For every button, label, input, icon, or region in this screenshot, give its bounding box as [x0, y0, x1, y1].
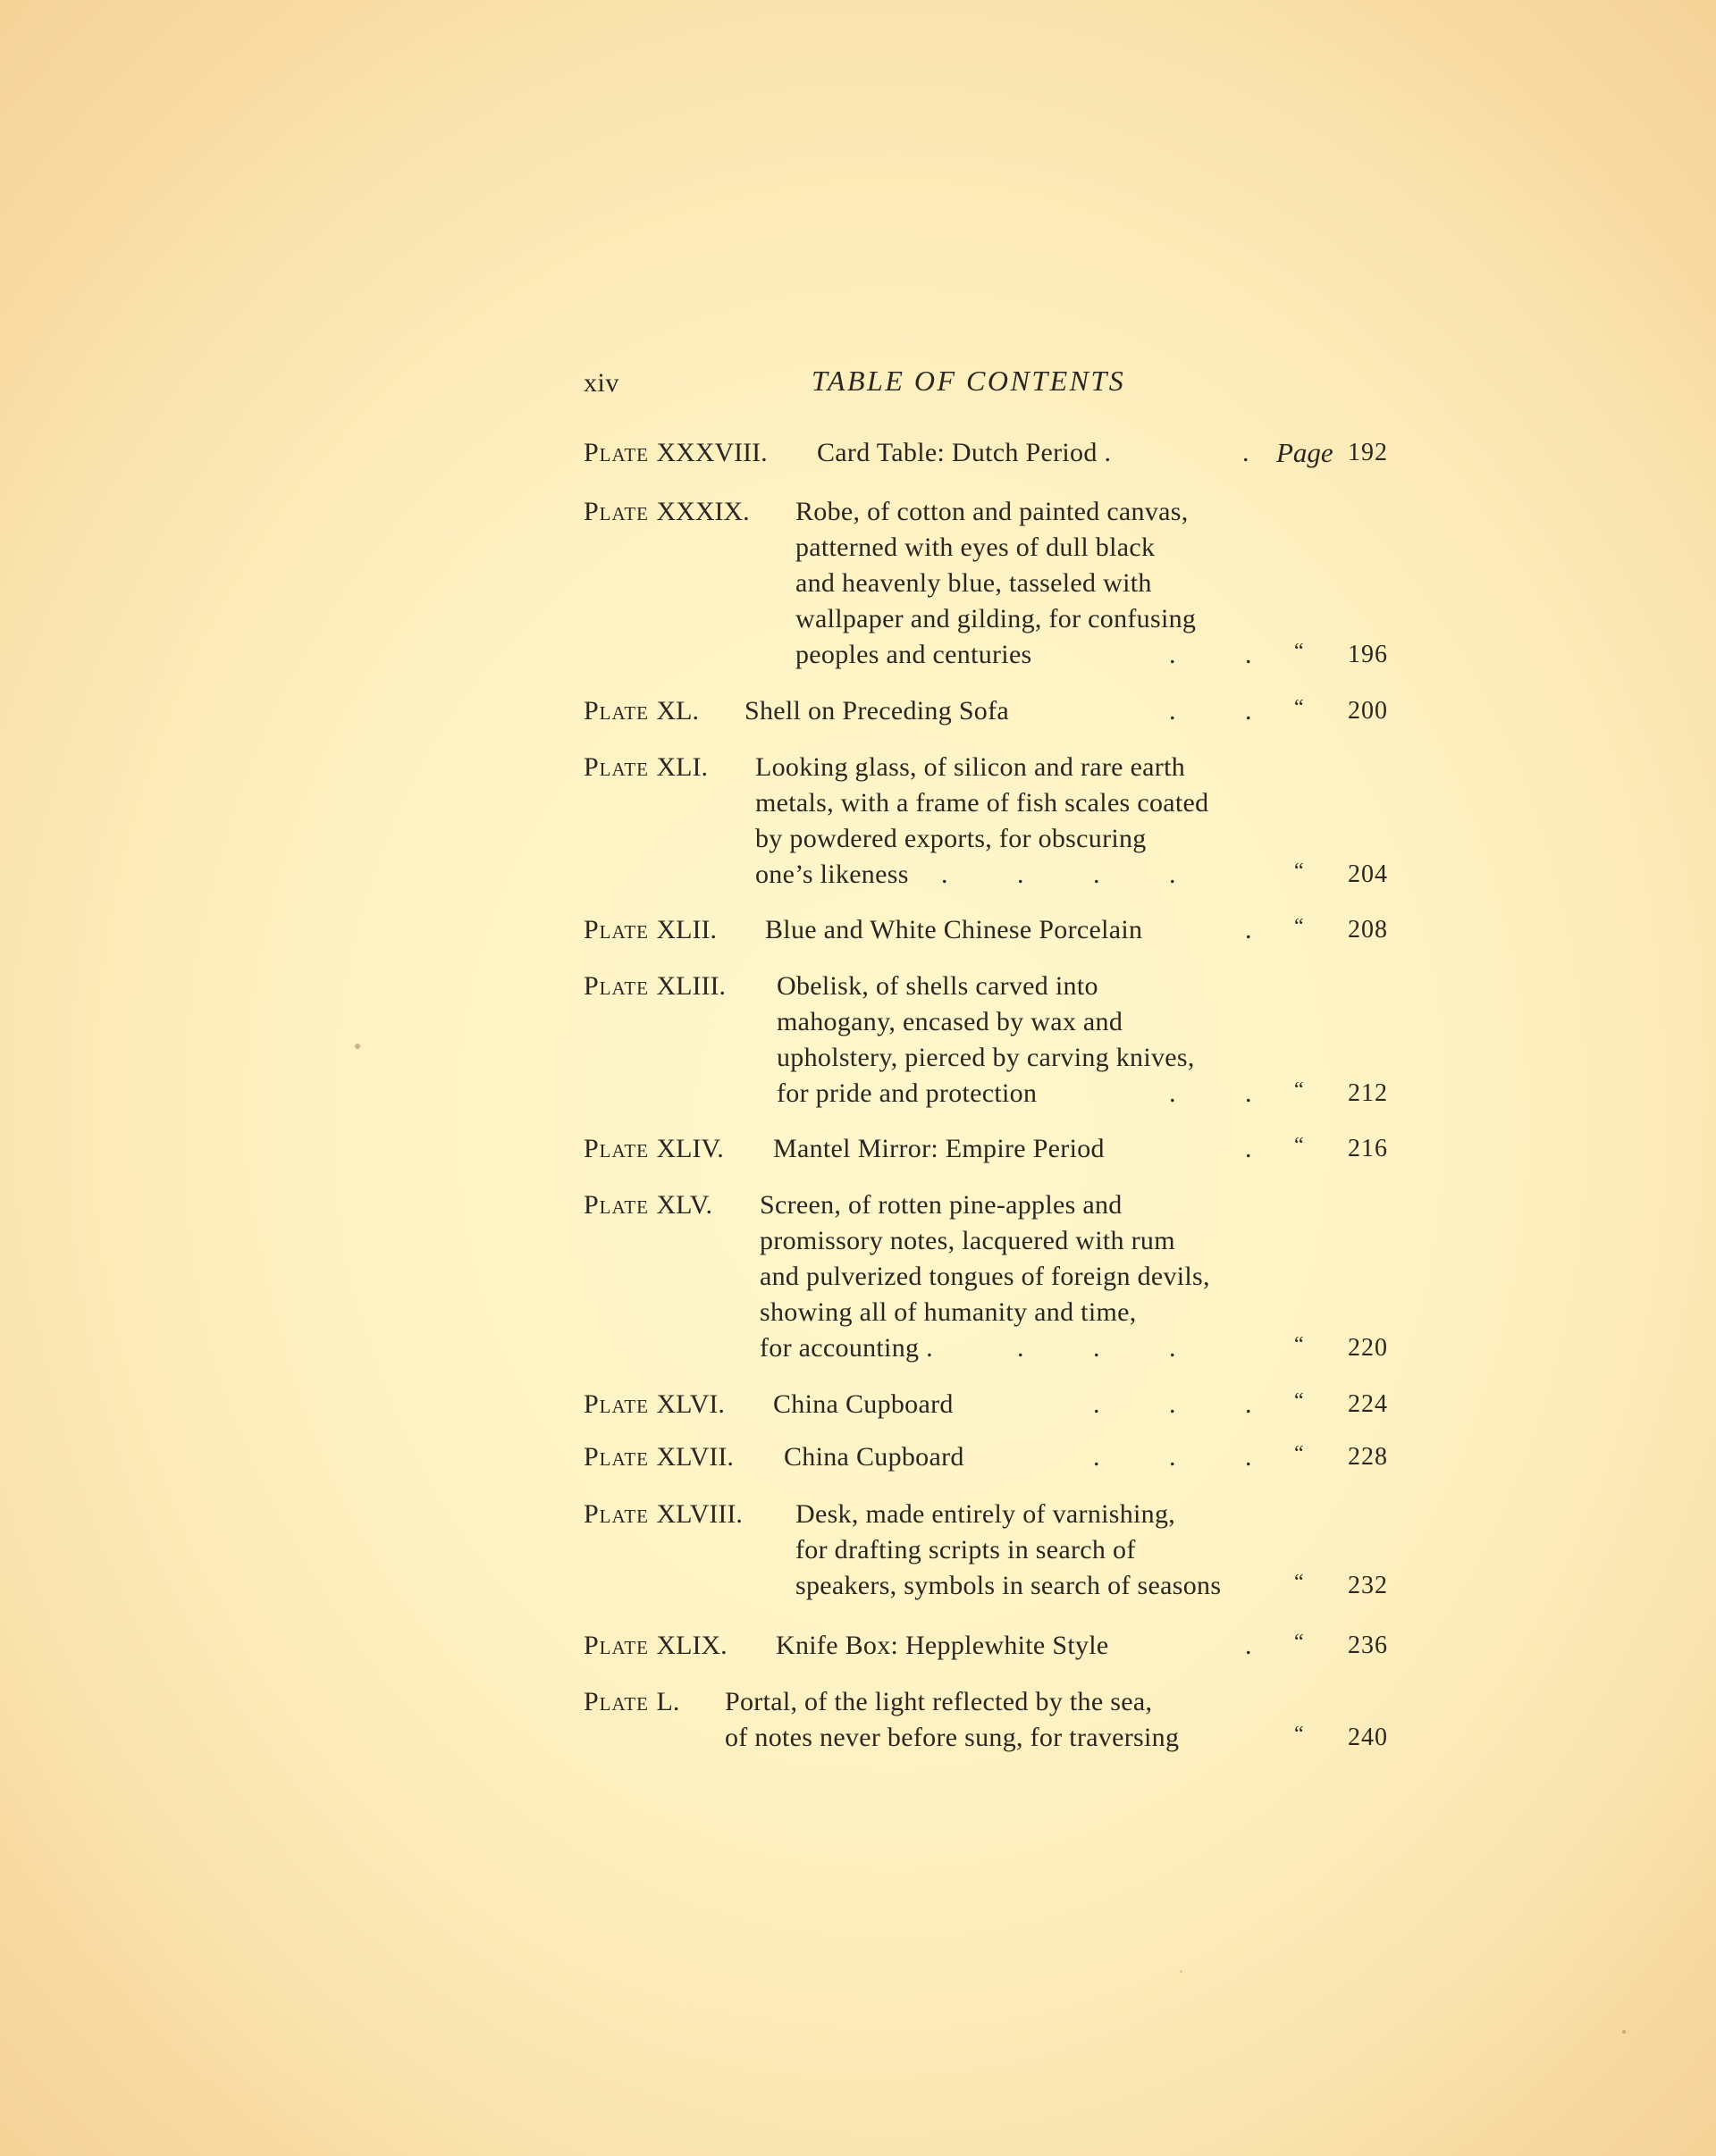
- leader-dot: .: [1245, 1439, 1252, 1475]
- description-line: promissory notes, lacquered with rum: [760, 1223, 1210, 1259]
- plate-word: Plate: [584, 1442, 649, 1472]
- leader-dot: .: [1093, 857, 1100, 893]
- description-line: of notes never before sung, for traversi…: [725, 1720, 1179, 1756]
- book-page: xiv TABLE OF CONTENTS Plate XXXVIII. Car…: [0, 0, 1716, 2156]
- paper-speck: [1622, 2030, 1626, 2034]
- plate-label: Plate XLI.: [584, 750, 708, 785]
- leader-dot: .: [1245, 637, 1252, 673]
- plate-label: Plate XLIII.: [584, 969, 726, 1004]
- leader-dot: .: [1245, 693, 1252, 729]
- leader-dot: .: [1017, 857, 1024, 893]
- leader-dots: .: [1242, 435, 1249, 471]
- plate-label: Plate XLII.: [584, 912, 717, 948]
- page-number: 204: [1348, 857, 1388, 893]
- plate-word: Plate: [584, 1687, 649, 1716]
- page-number: 192: [1348, 435, 1388, 471]
- ditto-mark: “: [1294, 1072, 1304, 1108]
- description-line: wallpaper and gilding, for confusing: [795, 601, 1196, 637]
- entry-description: Looking glass, of silicon and rare earth…: [755, 750, 1208, 893]
- plate-label: Plate XXXVIII.: [584, 435, 768, 471]
- ditto-mark: “: [1294, 853, 1304, 889]
- page-number: 208: [1348, 912, 1388, 948]
- plate-numeral: XLV.: [657, 1190, 713, 1220]
- leader-dot: .: [1169, 1439, 1176, 1475]
- entry-description: China Cupboard: [784, 1439, 964, 1475]
- plate-label: Plate XLIX.: [584, 1628, 728, 1664]
- entry-description: Mantel Mirror: Empire Period: [773, 1131, 1105, 1167]
- description-line: and heavenly blue, tasseled with: [795, 566, 1196, 601]
- paper-speck: [1180, 1970, 1182, 1973]
- plate-label: Plate XLVII.: [584, 1439, 734, 1475]
- leader-dot: .: [1169, 637, 1176, 673]
- plate-label: Plate XLVI.: [584, 1387, 725, 1422]
- running-title: TABLE OF CONTENTS: [812, 365, 1125, 398]
- entry-description: Shell on Preceding Sofa: [744, 693, 1009, 729]
- description-line: one’s likeness: [755, 857, 1208, 893]
- plate-word: Plate: [584, 1134, 649, 1163]
- description-line: China Cupboard: [773, 1387, 954, 1422]
- entry-description: Robe, of cotton and painted canvas, patt…: [795, 494, 1196, 673]
- description-line: Mantel Mirror: Empire Period: [773, 1131, 1105, 1167]
- description-line: Looking glass, of silicon and rare earth: [755, 750, 1208, 785]
- page-number: 224: [1348, 1387, 1388, 1422]
- page-number: 216: [1348, 1131, 1388, 1167]
- page-number: 232: [1348, 1568, 1388, 1604]
- description-line: mahogany, encased by wax and: [777, 1004, 1195, 1040]
- leader-dot: .: [1169, 857, 1176, 893]
- entry-description: Knife Box: Hepplewhite Style: [776, 1628, 1109, 1664]
- plate-word: Plate: [584, 438, 649, 467]
- description-line: for accounting .: [760, 1330, 1210, 1366]
- description-line: upholstery, pierced by carving knives,: [777, 1040, 1195, 1076]
- description-line: patterned with eyes of dull black: [795, 530, 1196, 566]
- entry-description: Blue and White Chinese Porcelain: [765, 912, 1142, 948]
- description-line: Shell on Preceding Sofa: [744, 693, 1009, 729]
- ditto-mark: “: [1294, 1383, 1304, 1419]
- running-header: xiv TABLE OF CONTENTS: [584, 365, 1388, 409]
- description-line: Card Table: Dutch Period .: [817, 435, 1111, 471]
- entry-description: Desk, made entirely of varnishing, for d…: [795, 1497, 1221, 1604]
- page-folio: xiv: [584, 368, 619, 398]
- ditto-mark: “: [1294, 690, 1304, 726]
- page-number: 200: [1348, 693, 1388, 729]
- plate-numeral: XLIX.: [657, 1631, 728, 1660]
- description-line: for drafting scripts in search of: [795, 1532, 1221, 1568]
- plate-numeral: XLI.: [657, 752, 708, 782]
- leader-dot: .: [1017, 1330, 1024, 1366]
- plate-word: Plate: [584, 1499, 649, 1529]
- plate-numeral: XLIII.: [657, 971, 726, 1001]
- ditto-mark: “: [1294, 633, 1304, 669]
- paper-speck: [355, 1044, 360, 1049]
- page-number: 236: [1348, 1628, 1388, 1664]
- page-number: 240: [1348, 1720, 1388, 1756]
- plate-numeral: XLVI.: [657, 1389, 725, 1419]
- leader-dot: .: [1093, 1387, 1100, 1422]
- description-line: Blue and White Chinese Porcelain: [765, 912, 1142, 948]
- leader-dot: .: [1169, 1330, 1176, 1366]
- page-prefix: Page: [1276, 435, 1333, 471]
- description-line: by powdered exports, for obscuring: [755, 821, 1208, 857]
- entry-description: Card Table: Dutch Period .: [817, 435, 1111, 471]
- ditto-mark: “: [1294, 1128, 1304, 1163]
- description-line: peoples and centuries: [795, 637, 1196, 673]
- plate-label: Plate XLIV.: [584, 1131, 724, 1167]
- page-number: 196: [1348, 637, 1388, 673]
- plate-word: Plate: [584, 915, 649, 944]
- leader-dot: .: [1169, 693, 1176, 729]
- leader-dot: .: [1245, 1387, 1252, 1422]
- plate-word: Plate: [584, 1389, 649, 1419]
- ditto-mark: “: [1294, 1327, 1304, 1363]
- plate-word: Plate: [584, 1631, 649, 1660]
- plate-word: Plate: [584, 971, 649, 1001]
- page-number: 212: [1348, 1076, 1388, 1112]
- entry-description: Portal, of the light reflected by the se…: [725, 1684, 1179, 1756]
- leader-dot: .: [1245, 1076, 1252, 1112]
- plate-numeral: L.: [657, 1687, 680, 1716]
- plate-word: Plate: [584, 497, 649, 526]
- leader-dot: .: [1093, 1330, 1100, 1366]
- description-line: Obelisk, of shells carved into: [777, 969, 1195, 1004]
- ditto-mark: “: [1294, 1716, 1304, 1752]
- plate-label: Plate XLVIII.: [584, 1497, 743, 1532]
- plate-numeral: XLII.: [657, 915, 717, 944]
- page-number: 228: [1348, 1439, 1388, 1475]
- description-line: for pride and protection: [777, 1076, 1195, 1112]
- page-number: 220: [1348, 1330, 1388, 1366]
- ditto-mark: “: [1294, 1436, 1304, 1472]
- description-line: Portal, of the light reflected by the se…: [725, 1684, 1179, 1720]
- leader-dots: .: [1245, 1131, 1252, 1167]
- leader-dot: .: [941, 857, 948, 893]
- description-line: metals, with a frame of fish scales coat…: [755, 785, 1208, 821]
- entry-description: China Cupboard: [773, 1387, 954, 1422]
- leader-dots: .: [1245, 912, 1252, 948]
- description-line: Desk, made entirely of varnishing,: [795, 1497, 1221, 1532]
- description-line: showing all of humanity and time,: [760, 1295, 1210, 1330]
- plate-numeral: XLVIII.: [657, 1499, 743, 1529]
- plate-numeral: XLIV.: [657, 1134, 724, 1163]
- leader-dot: .: [1093, 1439, 1100, 1475]
- description-line: Screen, of rotten pine-apples and: [760, 1187, 1210, 1223]
- plate-numeral: XLVII.: [657, 1442, 734, 1472]
- plate-numeral: XXXIX.: [657, 497, 750, 526]
- leader-dots: .: [1245, 1628, 1252, 1664]
- plate-word: Plate: [584, 1190, 649, 1220]
- entry-description: Screen, of rotten pine-apples and promis…: [760, 1187, 1210, 1366]
- description-line: and pulverized tongues of foreign devils…: [760, 1259, 1210, 1295]
- entry-description: Obelisk, of shells carved into mahogany,…: [777, 969, 1195, 1112]
- plate-label: Plate L.: [584, 1684, 679, 1720]
- description-line: Knife Box: Hepplewhite Style: [776, 1628, 1109, 1664]
- plate-label: Plate XLV.: [584, 1187, 712, 1223]
- plate-label: Plate XL.: [584, 693, 699, 729]
- plate-numeral: XL.: [657, 696, 700, 726]
- ditto-mark: “: [1294, 1624, 1304, 1660]
- plate-word: Plate: [584, 696, 649, 726]
- plate-word: Plate: [584, 752, 649, 782]
- leader-dot: .: [1169, 1076, 1176, 1112]
- ditto-mark: “: [1294, 1565, 1304, 1600]
- plate-numeral: XXXVIII.: [657, 438, 768, 467]
- leader-dot: .: [1169, 1387, 1176, 1422]
- ditto-mark: “: [1294, 909, 1304, 944]
- plate-label: Plate XXXIX.: [584, 494, 750, 530]
- description-line: Robe, of cotton and painted canvas,: [795, 494, 1196, 530]
- description-line: speakers, symbols in search of seasons: [795, 1568, 1221, 1604]
- description-line: China Cupboard: [784, 1439, 964, 1475]
